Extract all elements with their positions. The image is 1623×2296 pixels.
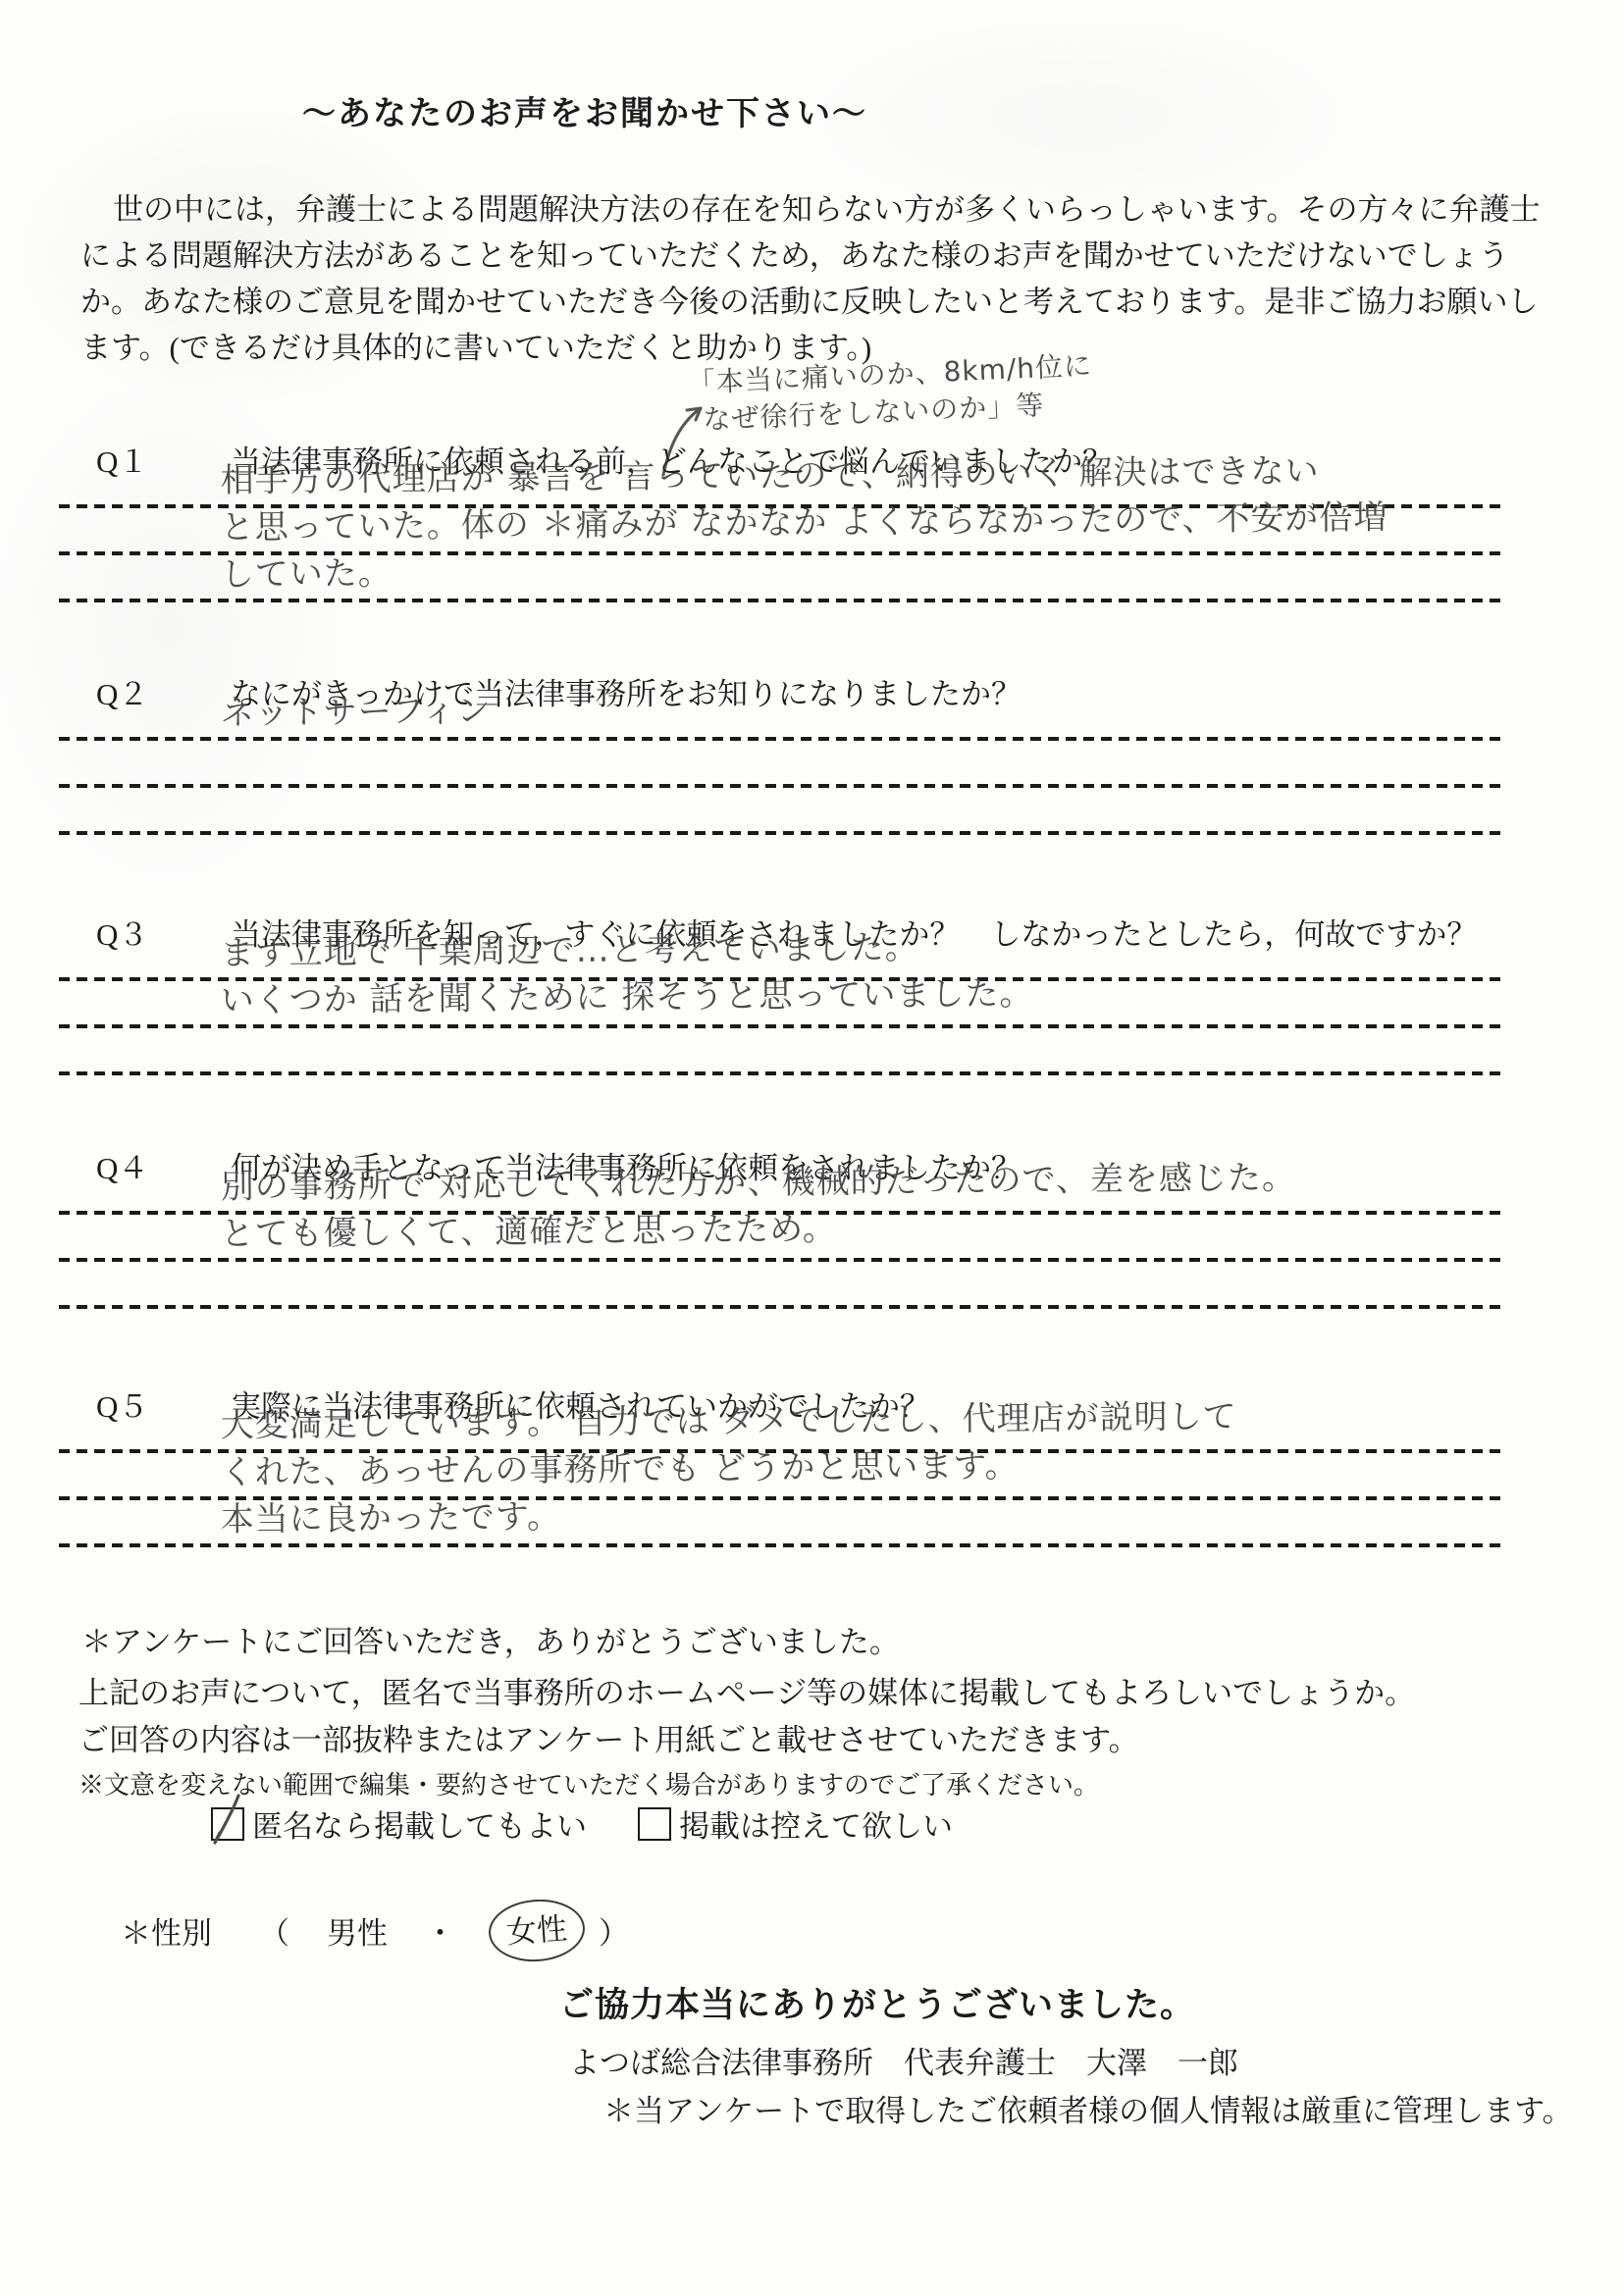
question-block-q5: Q５ 実際に当法律事務所に依頼されていかがでしたか？ 大変満足しています。 自力… bbox=[59, 1386, 1509, 1553]
gender-option-male: 男性 bbox=[327, 1908, 388, 1953]
handwritten-answer: と思っていた。体の ＊痛みが なかなか よくならなかったので、不安が倍増 bbox=[221, 491, 1388, 548]
gender-label: ＊性別 bbox=[121, 1908, 212, 1953]
answer-line: いくつか 話を聞くために 探そうと思っていました。 bbox=[59, 981, 1509, 1028]
answer-line bbox=[59, 788, 1509, 835]
question-block-q3: Q３ 当法律事務所を知って，すぐに依頼をされましたか？ しなかったとしたら，何故… bbox=[59, 914, 1509, 1081]
footer-thanks: ご協力本当にありがとうございました。 bbox=[559, 1978, 1195, 2027]
consent-question-line: 上記のお声について，匿名で当事務所のホームページ等の媒体に掲載してもよろしいでし… bbox=[79, 1668, 1415, 1712]
ruled-line bbox=[59, 831, 1506, 835]
intro-paragraph: 世の中には，弁護士による問題解決方法の存在を知らない方が多くいらっしゃいます。そ… bbox=[80, 186, 1541, 371]
checkbox-no-publication bbox=[638, 1807, 671, 1841]
answer-line: ネットサーフィン bbox=[59, 694, 1509, 741]
option-no-publication-label: 掲載は控えて欲しい bbox=[679, 1801, 953, 1846]
ruled-line bbox=[59, 1305, 1506, 1309]
handwritten-answer: 本当に良かったです。 bbox=[221, 1489, 562, 1540]
handwritten-answer: まず立地で 千葉周辺で…と考えていました。 bbox=[221, 920, 919, 974]
question-block-q1: Q１ 当法律事務所に依頼される前，どんなことで悩んでいましたか？ 相手方の代理店… bbox=[59, 442, 1509, 608]
gender-separator: ・ bbox=[425, 1908, 455, 1953]
answer-line: とても優しくて、適確だと思ったため。 bbox=[59, 1215, 1509, 1262]
question-block-q4: Q４ 何が決め手となって当法律事務所に依頼をされましたか？ 別の事務所で 対応し… bbox=[59, 1148, 1509, 1315]
handwritten-answer: 大変満足しています。 自力では ダメでしたし、代理店が説明して bbox=[221, 1389, 1237, 1446]
privacy-note: ＊当アンケートで取得したご依頼者様の個人情報は厳重に管理します。 bbox=[603, 2086, 1573, 2130]
ruled-line bbox=[59, 599, 1506, 602]
consent-detail-line: ご回答の内容は一部抜粋またはアンケート用紙ごと載せさせていただきます。 bbox=[79, 1715, 1139, 1759]
intro-line: 世の中には，弁護士による問題解決方法の存在を知らない方が多くいらっしゃいます。そ… bbox=[80, 186, 1541, 233]
scanned-survey-page: 〜あなたのお声をお聞かせ下さい〜 世の中には，弁護士による問題解決方法の存在を知… bbox=[0, 0, 1623, 2296]
survey-thanks-line: ＊アンケートにご回答いただき，ありがとうございました。 bbox=[81, 1617, 900, 1661]
question-block-q2: Q２ なにがきっかけで当法律事務所をお知りになりましたか？ ネットサーフィン bbox=[59, 674, 1509, 841]
handwritten-answer: とても優しくて、適確だと思ったため。 bbox=[221, 1202, 837, 1255]
publication-options-row: 匿名なら掲載してもよい 掲載は控えて欲しい bbox=[211, 1801, 953, 1846]
answer-line bbox=[59, 741, 1509, 788]
option-no-publication: 掲載は控えて欲しい bbox=[638, 1801, 953, 1846]
answer-line: していた。 bbox=[59, 555, 1509, 602]
ruled-line bbox=[59, 1543, 1506, 1547]
option-anonymous-ok-label: 匿名なら掲載してもよい bbox=[252, 1801, 587, 1846]
page-title: 〜あなたのお声をお聞かせ下さい〜 bbox=[302, 86, 867, 134]
gender-option-female: 女性 bbox=[505, 1911, 568, 1950]
gender-row: ＊性別 （ 男性 ・ 女性 ） bbox=[121, 1900, 629, 1961]
handwritten-checkmark-icon bbox=[201, 1792, 250, 1856]
handwritten-answer: くれた、あっせんの事務所でも どうかと思います。 bbox=[221, 1438, 1020, 1493]
intro-line: か。あなた様のご意見を聞かせていただき今後の活動に反映したいと考えております。是… bbox=[80, 279, 1541, 325]
handwritten-answer: していた。 bbox=[221, 546, 393, 596]
paren-open: （ bbox=[259, 1908, 289, 1953]
handwritten-answer: いくつか 話を聞くために 探そうと思っていました。 bbox=[221, 966, 1034, 1021]
handwritten-circle-female: 女性 bbox=[487, 1897, 587, 1965]
paren-close: ） bbox=[599, 1908, 629, 1953]
answer-line: 本当に良かったです。 bbox=[59, 1500, 1509, 1547]
handwritten-answer: 別の事務所で 対応してくれた方が、機械的だったので、差を感じた。 bbox=[221, 1150, 1297, 1208]
firm-signature: よつば総合法律事務所 代表弁護士 大澤 一郎 bbox=[569, 2038, 1238, 2082]
answer-line bbox=[59, 1262, 1509, 1309]
ruled-line bbox=[59, 1071, 1506, 1075]
option-anonymous-ok: 匿名なら掲載してもよい bbox=[211, 1801, 587, 1846]
intro-line: による問題解決方法があることを知っていただくため，あなた様のお声を聞かせていただ… bbox=[80, 233, 1541, 279]
handwritten-answer: ネットサーフィン bbox=[221, 684, 492, 734]
answer-line bbox=[59, 1028, 1509, 1075]
checkbox-anonymous-ok bbox=[211, 1807, 244, 1841]
